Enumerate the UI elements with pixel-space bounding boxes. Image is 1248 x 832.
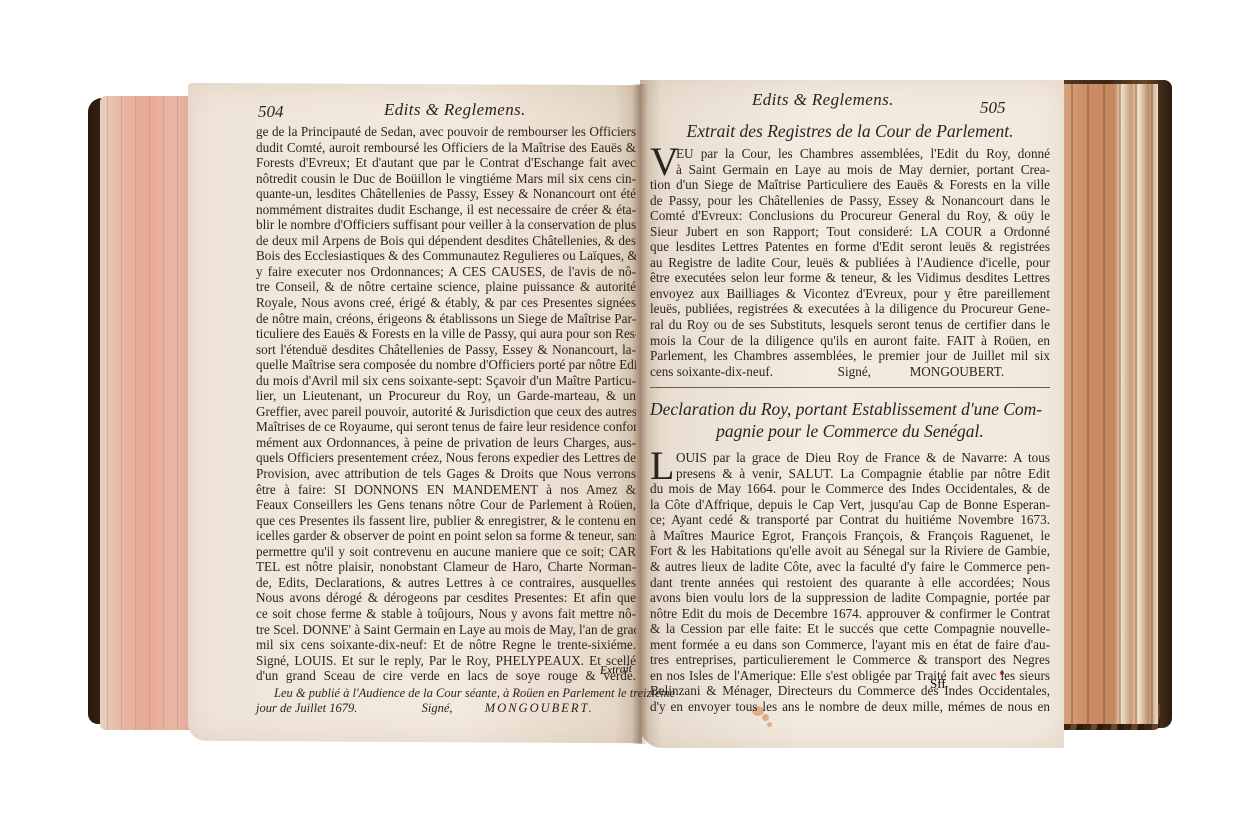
text-line: Sieur Jubert en son Rapport; Tout consid… [650, 224, 1050, 240]
foxing-stain [762, 714, 769, 721]
red-sprinkled-fore-edge-left [100, 96, 192, 730]
text-line: d'y en envoyer tous les ans le nombre de… [650, 699, 1050, 715]
signatory-name: MONGOUBERT. [910, 364, 1005, 379]
text-line: blir le nombre d'Officiers suffisant pou… [256, 217, 636, 233]
text-line: Royale, Nous avons creé, érigé & étably,… [256, 295, 636, 311]
section-title-declaration-line2: pagnie pour le Commerce du Senégal. [650, 420, 1050, 442]
signatory-name: MONGOUBERT. [485, 701, 594, 715]
text-line: Comté d'Evreux: Conclusions du Procureur… [650, 208, 1050, 224]
text-line: Bois des Ecclesiastiques & des Communaut… [256, 248, 636, 264]
text-line: avons bien voulu lors de la suppression … [650, 590, 1050, 606]
text-line: être executées selon leur forme & teneur… [650, 270, 1050, 286]
open-book-photo: 504 Edits & Reglemens. ge de la Principa… [0, 0, 1248, 832]
text-line: icelles garder & observer de point en po… [256, 528, 636, 544]
text-line: Belinzani & Ménager, Directeurs du Comme… [650, 683, 1050, 699]
text-line: Fort & les Habitations qu'elle avoit au … [650, 543, 1050, 559]
text-line: y faire executer nos Ordonnances; A CES … [256, 264, 636, 280]
text-line: que ces Presentes ils fassent lire, publ… [256, 513, 636, 529]
section1-body: V EU par la Cour, les Chambres assemblée… [650, 146, 1050, 379]
text-line: tres entreprises, particulierement le Co… [650, 652, 1050, 668]
text-line: Provision, avec attribution de tels Gage… [256, 466, 636, 482]
signed-label: Signé, [422, 701, 453, 715]
text-line: ral du Roy ou de ses Substituts, lesquel… [650, 317, 1050, 333]
registration-note: Leu & publié à l'Audience de la Cour séa… [256, 686, 636, 702]
text-line: ce; Ayant cedé & transporté par Contrat … [650, 512, 1050, 528]
text-line: OUIS par la grace de Dieu Roy de France … [650, 450, 1050, 466]
registration-date: jour de Juillet 1679. [256, 701, 357, 715]
signature-mark: Sff [930, 676, 946, 692]
text-line: quelle Maîtrise sera composée du nombre … [256, 357, 636, 373]
text-line: dant trente années qui restoient des qua… [650, 575, 1050, 591]
left-body-text: ge de la Principauté de Sedan, avec pouv… [256, 124, 636, 684]
text-line: quante-un, lesdites Châtellenies de Pass… [256, 186, 636, 202]
text-line: Nous avons dérogé & dérogeons par cesdit… [256, 590, 636, 606]
drop-cap-l: L [650, 448, 674, 484]
text-line: de, Edits, Declarations, & autres Lettre… [256, 575, 636, 591]
left-page-header: 504 Edits & Reglemens. [256, 100, 636, 124]
closing-date: cens soixante-dix-neuf. [650, 364, 773, 379]
text-line: de Passy, pour les Châtellenies de Passy… [650, 193, 1050, 209]
foxing-stain [767, 722, 772, 727]
text-line: la Côte d'Affrique, depuis le Cap Vert, … [650, 497, 1050, 513]
text-line: d'un grand Sceau de cire verde en lacs d… [256, 668, 636, 684]
text-line: EU par la Cour, les Chambres assemblées,… [650, 146, 1050, 162]
right-page-text: Edits & Reglemens. 505 Extrait des Regis… [650, 90, 1050, 715]
section-divider-rule [650, 387, 1050, 388]
text-line: tre Conseil, & de nôtre certaine science… [256, 279, 636, 295]
drop-cap-v: V [650, 144, 679, 180]
text-line: du mois de May 1664. pour le Commerce de… [650, 481, 1050, 497]
running-head: Edits & Reglemens. [752, 90, 894, 110]
text-line: de deux mil Arpens de Bois qui dépendent… [256, 233, 636, 249]
section2-lines: OUIS par la grace de Dieu Roy de France … [650, 450, 1050, 714]
page-number: 504 [258, 102, 284, 122]
catchword: Extrait [600, 663, 633, 677]
text-line: Forests d'Evreux; Et d'autant que par le… [256, 155, 636, 171]
text-line: à Maîtres Maurice Egrot, François Franço… [650, 528, 1050, 544]
text-line: mément aux Ordonnances, à peine de priva… [256, 435, 636, 451]
text-line: Maîtrises de ce Royaume, qui seront tenu… [256, 419, 636, 435]
running-head: Edits & Reglemens. [384, 100, 526, 120]
text-line: ce soit chose ferme & stable à toûjours,… [256, 606, 636, 622]
closing-line: cens soixante-dix-neuf. Signé, MONGOUBER… [650, 364, 1050, 380]
text-line: mois la Cour de la diligence qu'ils en a… [650, 333, 1050, 349]
text-line: Parlement, les Chambres assemblées, le p… [650, 348, 1050, 364]
text-line: du mois d'Avril mil six cens soixante-se… [256, 373, 636, 389]
text-line: permettre qu'il y soit contrevenu en auc… [256, 544, 636, 560]
sprinkled-fore-edge-right [1062, 84, 1158, 724]
text-line: nôtre Edit du mois de Decembre 1674. app… [650, 606, 1050, 622]
text-line: & autres lieux de ladite Côte, avec la f… [650, 559, 1050, 575]
text-line: être à faire: SI DONNONS EN MANDEMENT à … [256, 482, 636, 498]
text-line: dudit Comté, auroit remboursé les Offici… [256, 140, 636, 156]
signed-label: Signé, [838, 364, 871, 379]
text-line: Greffier, avec pareil pouvoir, autorité … [256, 404, 636, 420]
section-title-extrait: Extrait des Registres de la Cour de Parl… [650, 120, 1050, 142]
text-line: que lesdites Lettres Patentes en forme d… [650, 239, 1050, 255]
text-line: ticuliere des Eauës & Forests en la vill… [256, 326, 636, 342]
text-line: TEL est nôtre plaisir, nonobstant Clameu… [256, 559, 636, 575]
text-line: en nos Isles de l'Amerique: Elle s'est o… [650, 668, 1050, 684]
text-line: nommément distraites dudit Eschange, il … [256, 202, 636, 218]
section1-lines: EU par la Cour, les Chambres assemblées,… [650, 146, 1050, 364]
text-line: presens & à venir, SALUT. La Compagnie é… [650, 466, 1050, 482]
text-line: ge de la Principauté de Sedan, avec pouv… [256, 124, 636, 140]
text-line: au Registre de ladite Cour, leuës & publ… [650, 255, 1050, 271]
text-line: envoyez aux Bailliages & Vicontez d'Evre… [650, 286, 1050, 302]
text-line: à Saint Germain en Laye au mois de May d… [650, 162, 1050, 178]
text-line: Signé, LOUIS. Et sur le reply, Par le Ro… [256, 653, 636, 669]
text-line: Feaux Conseillers les Gens tenans nôtre … [256, 497, 636, 513]
left-page-text: 504 Edits & Reglemens. ge de la Principa… [256, 100, 636, 717]
section-title-declaration-line1: Declaration du Roy, portant Establisseme… [650, 398, 1050, 420]
text-line: tion d'un Siege de Maîtrise Particuliere… [650, 177, 1050, 193]
text-line: nôtredit cousin le Duc de Boüillon le vi… [256, 171, 636, 187]
text-line: tre Scel. DONNE' à Saint Germain en Laye… [256, 622, 636, 638]
text-line: de nôtre main, créons, érigeons & établi… [256, 311, 636, 327]
right-page-header: Edits & Reglemens. 505 [650, 90, 1050, 114]
text-line: sort l'étenduë desdites Châtellenies de … [256, 342, 636, 358]
page-number: 505 [980, 98, 1006, 118]
text-line: leuës, publiées, registrées & executées … [650, 301, 1050, 317]
section2-body: L OUIS par la grace de Dieu Roy de Franc… [650, 450, 1050, 714]
text-line: mil six cens soixante-dix-neuf: Et de nô… [256, 637, 636, 653]
text-line: quels Officiers presentement créez, Nous… [256, 450, 636, 466]
text-line: lier, un Lieutenant, un Procureur du Roy… [256, 388, 636, 404]
registration-note-signature: jour de Juillet 1679. Signé, MONGOUBERT. [256, 701, 636, 717]
text-line: & la Cession par elle faite: Et le succé… [650, 621, 1050, 637]
text-line: ment formée a eu dans son Commerce, l'ay… [650, 637, 1050, 653]
